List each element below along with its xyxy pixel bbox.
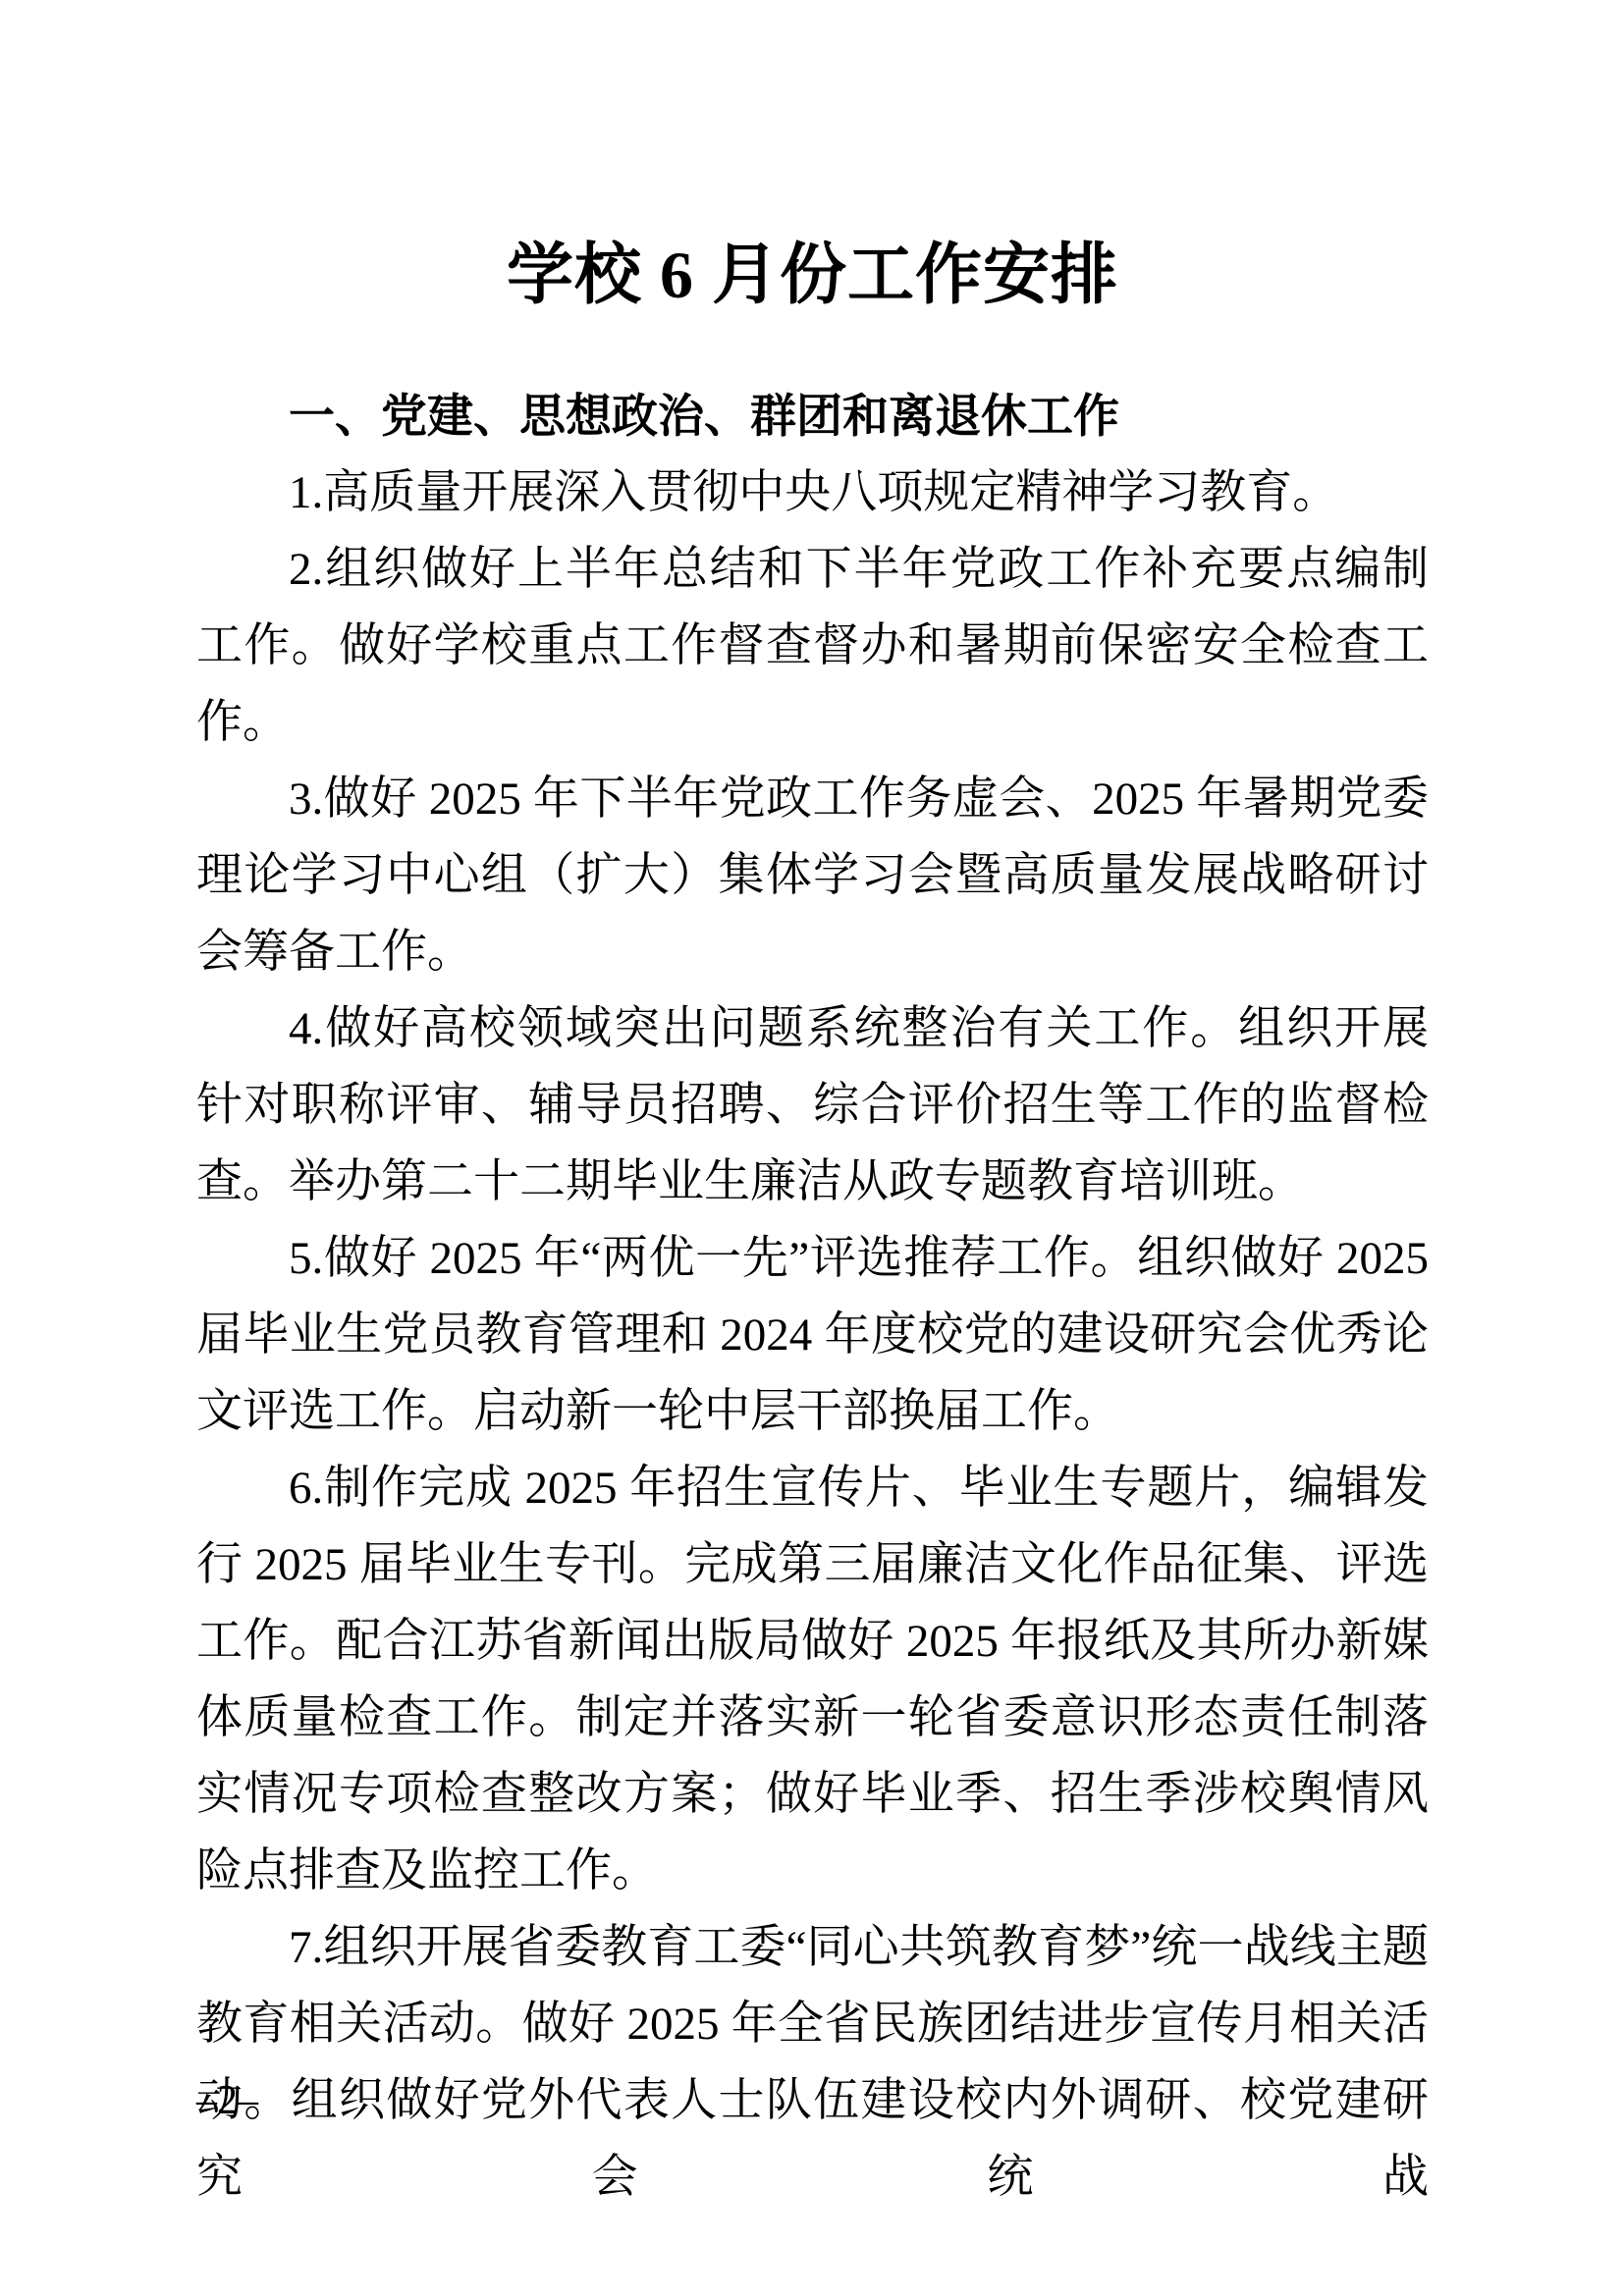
work-item-paragraph-4: 4.做好高校领域突出问题系统整治有关工作。组织开展针对职称评审、辅导员招聘、综合… [196, 990, 1429, 1220]
work-item-paragraph-5: 5.做好 2025 年“两优一先”评选推荐工作。组织做好 2025 届毕业生党员… [196, 1220, 1429, 1450]
work-item-paragraph-2: 2.组织做好上半年总结和下半年党政工作补充要点编制工作。做好学校重点工作督查督办… [196, 531, 1429, 761]
document-content: 学校 6 月份工作安排 一、党建、思想政治、群团和离退休工作 1.高质量开展深入… [196, 229, 1429, 2216]
document-title: 学校 6 月份工作安排 [196, 229, 1429, 321]
work-item-paragraph-6: 6.制作完成 2025 年招生宣传片、毕业生专题片，编辑发行 2025 届毕业生… [196, 1450, 1429, 1909]
section-heading: 一、党建、思想政治、群团和离退休工作 [196, 378, 1429, 454]
work-item-paragraph-1: 1.高质量开展深入贯彻中央八项规定精神学习教育。 [196, 454, 1429, 531]
document-page: 学校 6 月份工作安排 一、党建、思想政治、群团和离退休工作 1.高质量开展深入… [0, 0, 1624, 2296]
page-number: –2– [196, 2079, 258, 2122]
work-item-paragraph-7: 7.组织开展省委教育工委“同心共筑教育梦”统一战线主题教育相关活动。做好 202… [196, 1909, 1429, 2216]
work-item-paragraph-3: 3.做好 2025 年下半年党政工作务虚会、2025 年暑期党委理论学习中心组（… [196, 761, 1429, 990]
